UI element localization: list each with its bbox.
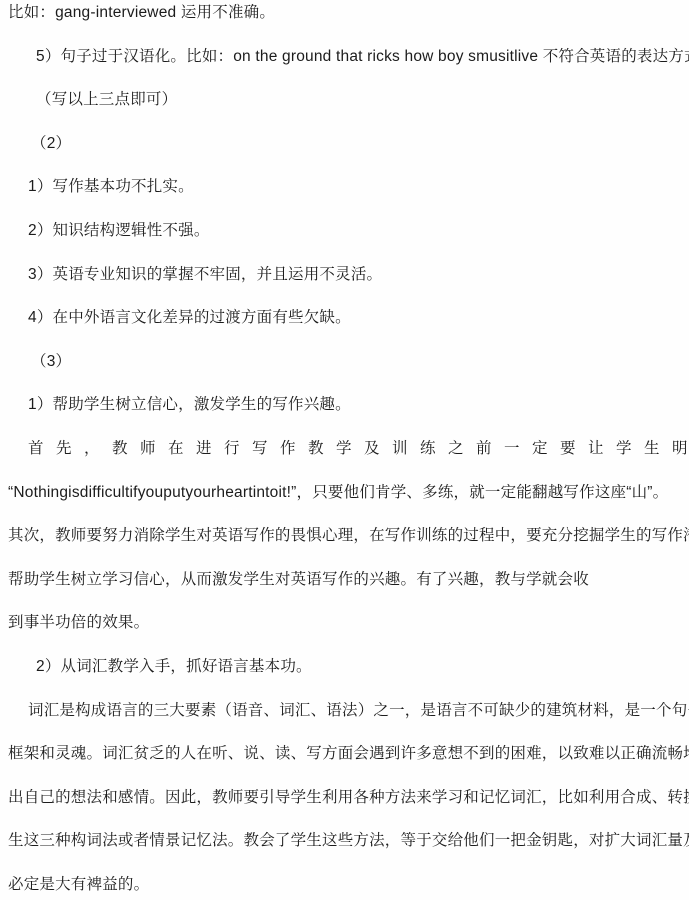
text-line-express-ideas-feelings: 出自己的想法和感情。因此，教师要引导学生利用各种方法来学习和记忆词汇，比如利用合… — [8, 776, 681, 820]
text-line-item-2-vocabulary-teaching: 2）从词汇教学入手，抓好语言基本功。 — [8, 645, 681, 689]
text-line-item-3-knowledge: 3）英语专业知识的掌握不牢固，并且运用不灵活。 — [8, 253, 681, 297]
text-line-vocabulary-three-elements: 词汇是构成语言的三大要素（语音、词汇、语法）之一，是语言不可缺少的建筑材料，是一… — [8, 689, 681, 733]
text-line-section-3-header: （3） — [8, 340, 681, 384]
text-line-second-remove-fear: 其次，教师要努力消除学生对英语写作的畏惧心理，在写作训练的过程中，要充分挖掘学生… — [8, 514, 681, 558]
text-line-item-1-confidence: 1）帮助学生树立信心，激发学生的写作兴趣。 — [8, 383, 681, 427]
text-line-nothing-is-difficult-quote: “Nothingisdifficultifyouputyourheartinto… — [8, 471, 681, 515]
text-line-item-5-chinglish: 5）句子过于汉语化。比如：on the ground that ricks ho… — [8, 35, 681, 79]
text-line-framework-and-soul: 框架和灵魂。词汇贫乏的人在听、说、读、写方面会遇到许多意想不到的困难，以致难以正… — [8, 732, 681, 776]
text-line-item-1-writing-basics: 1）写作基本功不扎实。 — [8, 165, 681, 209]
text-line-twice-result-effect: 到事半功倍的效果。 — [8, 601, 681, 645]
text-line-word-formation-methods: 生这三种构词法或者情景记忆法。教会了学生这些方法，等于交给他们一把金钥匙，对扩大… — [8, 819, 681, 863]
text-line-example-gang-interviewed: 比如：gang-interviewed 运用不准确。 — [8, 0, 681, 35]
text-line-item-4-culture-gap: 4）在中外语言文化差异的过渡方面有些欠缺。 — [8, 296, 681, 340]
document-page: 比如：gang-interviewed 运用不准确。 5）句子过于汉语化。比如：… — [0, 0, 689, 900]
text-line-item-2-logic: 2）知识结构逻辑性不强。 — [8, 209, 681, 253]
text-line-help-build-confidence: 帮助学生树立学习信心，从而激发学生对英语写作的兴趣。有了兴趣，教与学就会收 — [8, 558, 681, 602]
text-line-section-2-header: （2） — [8, 122, 681, 166]
text-line-note-three-points: （写以上三点即可） — [8, 78, 681, 122]
text-line-first-teachers-justified: 首先，教师在进行写作教学及训练之前一定要让学生明白 — [8, 427, 681, 471]
document-body: 比如：gang-interviewed 运用不准确。 5）句子过于汉语化。比如：… — [8, 0, 681, 900]
text-line-surely-beneficial: 必定是大有裨益的。 — [8, 863, 681, 900]
